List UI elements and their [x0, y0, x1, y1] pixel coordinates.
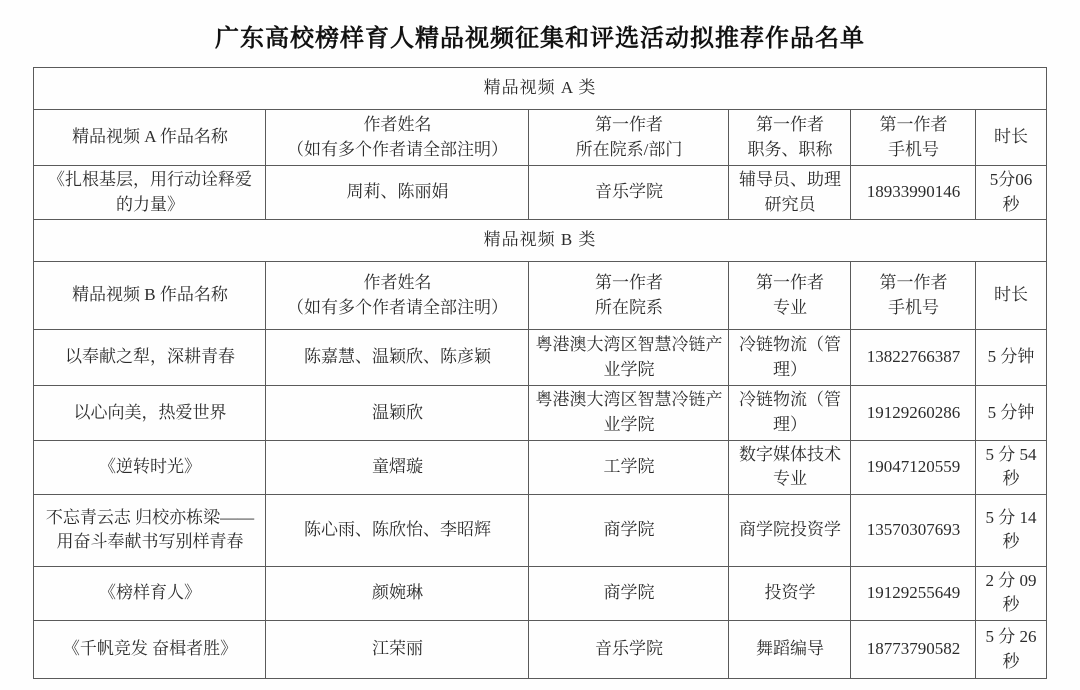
duration-cell: 5 分 54 秒 [976, 440, 1046, 494]
work-title-cell: 以奉献之犁，深耕青春 [34, 330, 266, 386]
header-position-a: 第一作者 职务、职称 [729, 110, 851, 166]
authors-cell: 江荣丽 [266, 621, 529, 679]
work-title-cell: 《逆转时光》 [34, 440, 266, 494]
table-row: 不忘青云志 归校亦栋梁——用奋斗奉献书写别样青春 陈心雨、陈欣怡、李昭辉 商学院… [34, 494, 1046, 566]
work-title-cell: 不忘青云志 归校亦栋梁——用奋斗奉献书写别样青春 [34, 494, 266, 566]
recommended-works-table: 精品视频 A 类 精品视频 A 作品名称 作者姓名 （如有多个作者请全部注明） … [33, 67, 1046, 679]
table-row: 以奉献之犁，深耕青春 陈嘉慧、温颖欣、陈彦颖 粤港澳大湾区智慧冷链产业学院 冷链… [34, 330, 1046, 386]
work-title-cell: 《榜样育人》 [34, 566, 266, 620]
duration-cell: 2 分 09 秒 [976, 566, 1046, 620]
department-cell: 工学院 [529, 440, 729, 494]
header-phone-a: 第一作者 手机号 [851, 110, 976, 166]
section-header-a: 精品视频 A 类 [34, 68, 1046, 110]
authors-cell: 周莉、陈丽娟 [266, 166, 529, 220]
phone-cell: 19129255649 [851, 566, 976, 620]
table-row: 以心向美，热爱世界 温颖欣 粤港澳大湾区智慧冷链产业学院 冷链物流（管理） 19… [34, 386, 1046, 440]
table-row: 《千帆竞发 奋楫者胜》 江荣丽 音乐学院 舞蹈编导 18773790582 5 … [34, 621, 1046, 679]
authors-cell: 颜婉琳 [266, 566, 529, 620]
table-row: 精品视频 B 作品名称 作者姓名 （如有多个作者请全部注明） 第一作者 所在院系… [34, 262, 1046, 330]
authors-cell: 童熠璇 [266, 440, 529, 494]
table-row: 精品视频 A 类 [34, 68, 1046, 110]
header-work-title-a: 精品视频 A 作品名称 [34, 110, 266, 166]
table-row: 《榜样育人》 颜婉琳 商学院 投资学 19129255649 2 分 09 秒 [34, 566, 1046, 620]
duration-cell: 5分06秒 [976, 166, 1046, 220]
major-cell: 冷链物流（管理） [729, 386, 851, 440]
section-header-b: 精品视频 B 类 [34, 220, 1046, 262]
table-row: 精品视频 A 作品名称 作者姓名 （如有多个作者请全部注明） 第一作者 所在院系… [34, 110, 1046, 166]
document-page: 广东高校榜样育人精品视频征集和评选活动拟推荐作品名单 精品视频 A 类 精品视频… [0, 0, 1080, 690]
phone-cell: 18773790582 [851, 621, 976, 679]
header-department-a: 第一作者 所在院系/部门 [529, 110, 729, 166]
department-cell: 音乐学院 [529, 621, 729, 679]
major-cell: 冷链物流（管理） [729, 330, 851, 386]
position-cell: 辅导员、助理研究员 [729, 166, 851, 220]
table-row: 精品视频 B 类 [34, 220, 1046, 262]
header-major-b: 第一作者 专业 [729, 262, 851, 330]
table-row: 《逆转时光》 童熠璇 工学院 数字媒体技术专业 19047120559 5 分 … [34, 440, 1046, 494]
header-work-title-b: 精品视频 B 作品名称 [34, 262, 266, 330]
header-duration-b: 时长 [976, 262, 1046, 330]
header-duration-a: 时长 [976, 110, 1046, 166]
department-cell: 粤港澳大湾区智慧冷链产业学院 [529, 386, 729, 440]
work-title-cell: 《千帆竞发 奋楫者胜》 [34, 621, 266, 679]
duration-cell: 5 分 26 秒 [976, 621, 1046, 679]
phone-cell: 19129260286 [851, 386, 976, 440]
major-cell: 数字媒体技术专业 [729, 440, 851, 494]
department-cell: 粤港澳大湾区智慧冷链产业学院 [529, 330, 729, 386]
header-department-b: 第一作者 所在院系 [529, 262, 729, 330]
header-phone-b: 第一作者 手机号 [851, 262, 976, 330]
department-cell: 音乐学院 [529, 166, 729, 220]
duration-cell: 5 分 14 秒 [976, 494, 1046, 566]
authors-cell: 陈嘉慧、温颖欣、陈彦颖 [266, 330, 529, 386]
page-title: 广东高校榜样育人精品视频征集和评选活动拟推荐作品名单 [0, 18, 1080, 53]
phone-cell: 19047120559 [851, 440, 976, 494]
authors-cell: 温颖欣 [266, 386, 529, 440]
work-title-cell: 《扎根基层，用行动诠释爱的力量》 [34, 166, 266, 220]
table-row: 《扎根基层，用行动诠释爱的力量》 周莉、陈丽娟 音乐学院 辅导员、助理研究员 1… [34, 166, 1046, 220]
major-cell: 舞蹈编导 [729, 621, 851, 679]
duration-cell: 5 分钟 [976, 386, 1046, 440]
major-cell: 商学院投资学 [729, 494, 851, 566]
phone-cell: 13822766387 [851, 330, 976, 386]
department-cell: 商学院 [529, 494, 729, 566]
header-authors-b: 作者姓名 （如有多个作者请全部注明） [266, 262, 529, 330]
header-authors-a: 作者姓名 （如有多个作者请全部注明） [266, 110, 529, 166]
authors-cell: 陈心雨、陈欣怡、李昭辉 [266, 494, 529, 566]
phone-cell: 18933990146 [851, 166, 976, 220]
major-cell: 投资学 [729, 566, 851, 620]
work-title-cell: 以心向美，热爱世界 [34, 386, 266, 440]
phone-cell: 13570307693 [851, 494, 976, 566]
department-cell: 商学院 [529, 566, 729, 620]
duration-cell: 5 分钟 [976, 330, 1046, 386]
